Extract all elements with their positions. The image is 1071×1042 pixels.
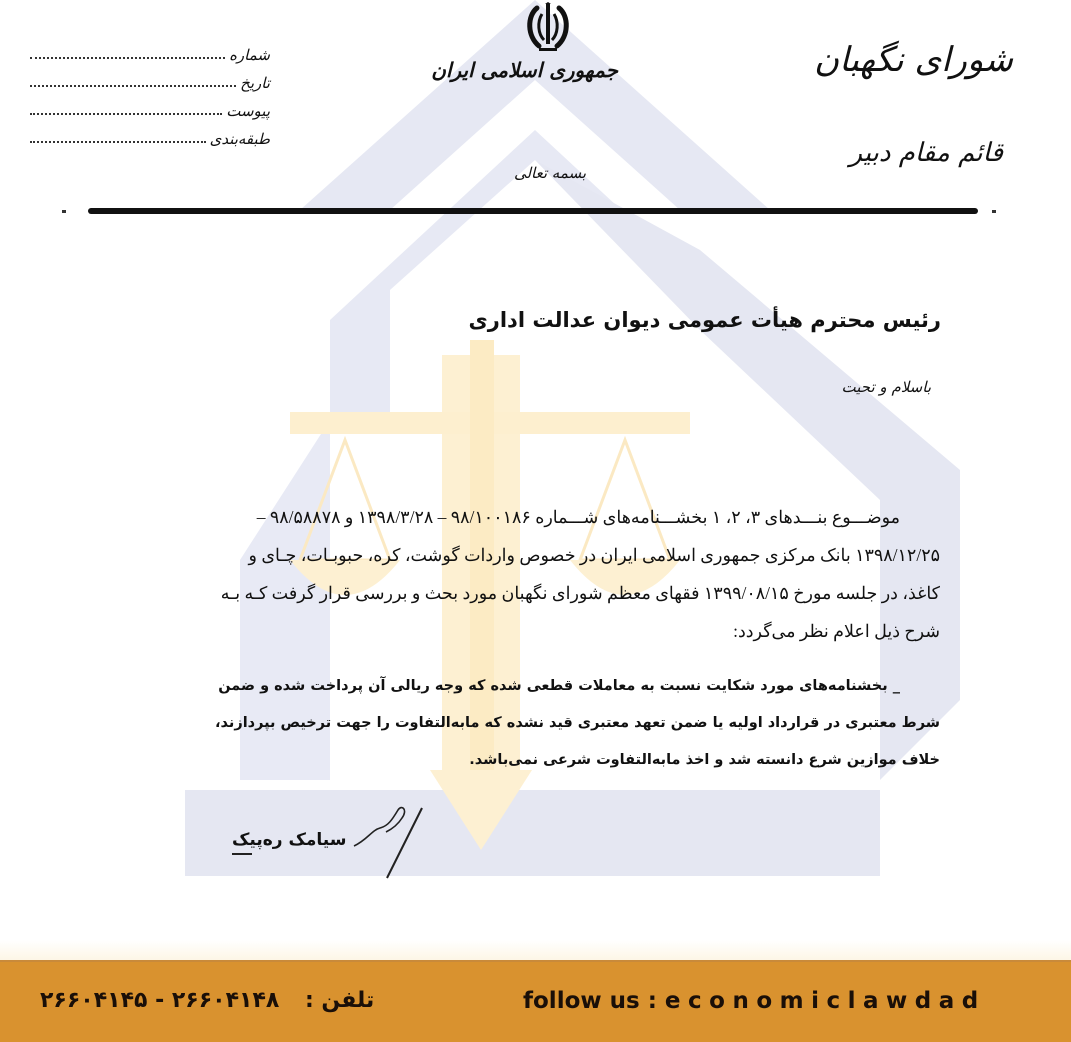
paragraph-main: موضـــوع بنـــدهای ۳، ۲، ۱ بخشـــنامه‌ها… [150, 498, 940, 650]
greeting: باسلام و تحیت [842, 378, 931, 396]
paragraph-line: _ بخشنامه‌های مورد شکایت نسبت به معاملات… [150, 668, 940, 705]
footer-bar: تلفن : ۲۶۶۰۴۱۴۸ - ۲۶۶۰۴۱۴۵ follow us : e… [0, 960, 1071, 1042]
field-number-line [30, 57, 225, 59]
social-handle: follow us : economiclawdad [523, 988, 986, 1014]
paragraph-line: شرح ذیل اعلام نظر می‌گردد: [150, 612, 940, 650]
field-date-label: تاریخ [236, 74, 270, 92]
iran-emblem-icon [525, 2, 571, 54]
header-divider [88, 208, 978, 214]
signature-block: سیامک ره‌پیک [222, 800, 442, 880]
field-attachment-line [30, 113, 222, 115]
paragraph-line: کاغذ، در جلسه مورخ ۱۳۹۹/۰۸/۱۵ فقهای معظم… [150, 574, 940, 612]
signatory-name: سیامک ره‌پیک [232, 830, 346, 850]
rule-dot [992, 210, 996, 213]
field-attachment: پیوست [30, 92, 270, 120]
deputy-title: قائم مقام دبیر [849, 138, 1003, 168]
field-attachment-label: پیوست [222, 102, 270, 120]
field-number: شماره [30, 36, 270, 64]
phone-contact: تلفن : ۲۶۶۰۴۱۴۸ - ۲۶۶۰۴۱۴۵ [40, 988, 374, 1013]
letterhead-center: جمهوری اسلامی ایران [478, 0, 618, 82]
field-classification-line [30, 141, 206, 143]
phone-label: تلفن : [305, 988, 374, 1013]
letterhead-fields: شماره تاریخ پیوست طبقه‌بندی [30, 36, 270, 148]
field-date: تاریخ [30, 64, 270, 92]
paragraph-ruling: _ بخشنامه‌های مورد شکایت نسبت به معاملات… [150, 668, 940, 779]
field-classification-label: طبقه‌بندی [206, 130, 270, 148]
republic-title: جمهوری اسلامی ایران [478, 58, 618, 82]
field-classification: طبقه‌بندی [30, 120, 270, 148]
rule-dot [62, 210, 66, 213]
paragraph-line: خلاف موازین شرع دانسته شد و اخذ مابه‌الت… [150, 742, 940, 779]
council-title: شورای نگهبان [814, 40, 1013, 80]
field-number-label: شماره [225, 46, 270, 64]
paragraph-line: ۱۳۹۸/۱۲/۲۵ بانک مرکزی جمهوری اسلامی ایرا… [150, 536, 940, 574]
follow-label: follow us : [523, 988, 657, 1014]
bismillah: بسمه تعالی [505, 164, 595, 182]
paragraph-line: موضـــوع بنـــدهای ۳، ۲، ۱ بخشـــنامه‌ها… [150, 498, 940, 536]
footer-fade [0, 940, 1071, 960]
follow-handle: economiclawdad [665, 988, 986, 1014]
phone-numbers: ۲۶۶۰۴۱۴۸ - ۲۶۶۰۴۱۴۵ [40, 988, 279, 1013]
field-date-line [30, 85, 236, 87]
addressee: رئیس محترم هیأت عمومی دیوان عدالت اداری [469, 308, 941, 332]
paragraph-line: شرط معتبری در قرارداد اولیه یا ضمن تعهد … [150, 705, 940, 742]
